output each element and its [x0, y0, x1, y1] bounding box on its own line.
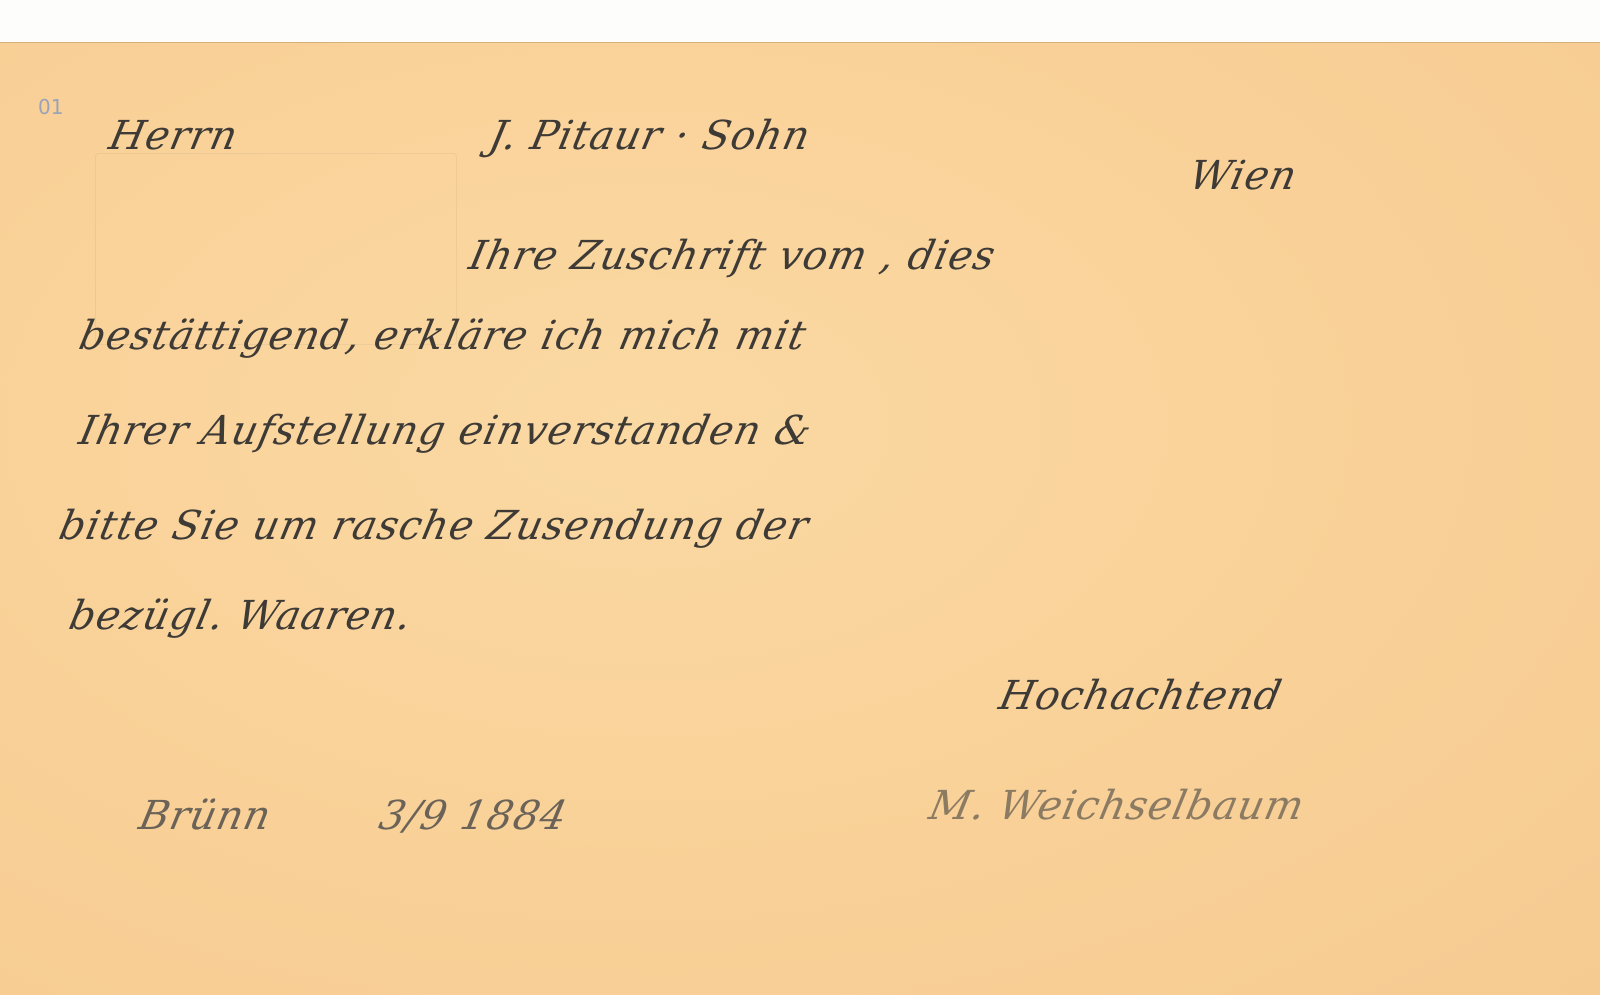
body-line-2: bestättigend, erkläre ich mich mit — [75, 313, 811, 359]
closing: Hochachtend — [995, 673, 1286, 719]
place: Brünn — [135, 793, 276, 839]
signature: M. Weichselbaum — [925, 783, 1309, 829]
body-line-5: bezügl. Waaren. — [65, 593, 416, 639]
recipient-name: J. Pitaur · Sohn — [485, 113, 815, 159]
body-line-4: bitte Sie um rasche Zusendung der — [55, 503, 813, 549]
postcard: 01 Herrn J. Pitaur · Sohn Wien Ihre Zusc… — [0, 42, 1600, 995]
recipient-place: Wien — [1185, 153, 1301, 199]
body-line-3: Ihrer Aufstellung einverstanden & — [75, 408, 816, 454]
pencil-note: 01 — [38, 95, 63, 119]
body-line-1: Ihre Zuschrift vom , dies — [465, 233, 1000, 279]
salutation: Herrn — [105, 113, 242, 159]
date: 3/9 1884 — [375, 793, 572, 839]
